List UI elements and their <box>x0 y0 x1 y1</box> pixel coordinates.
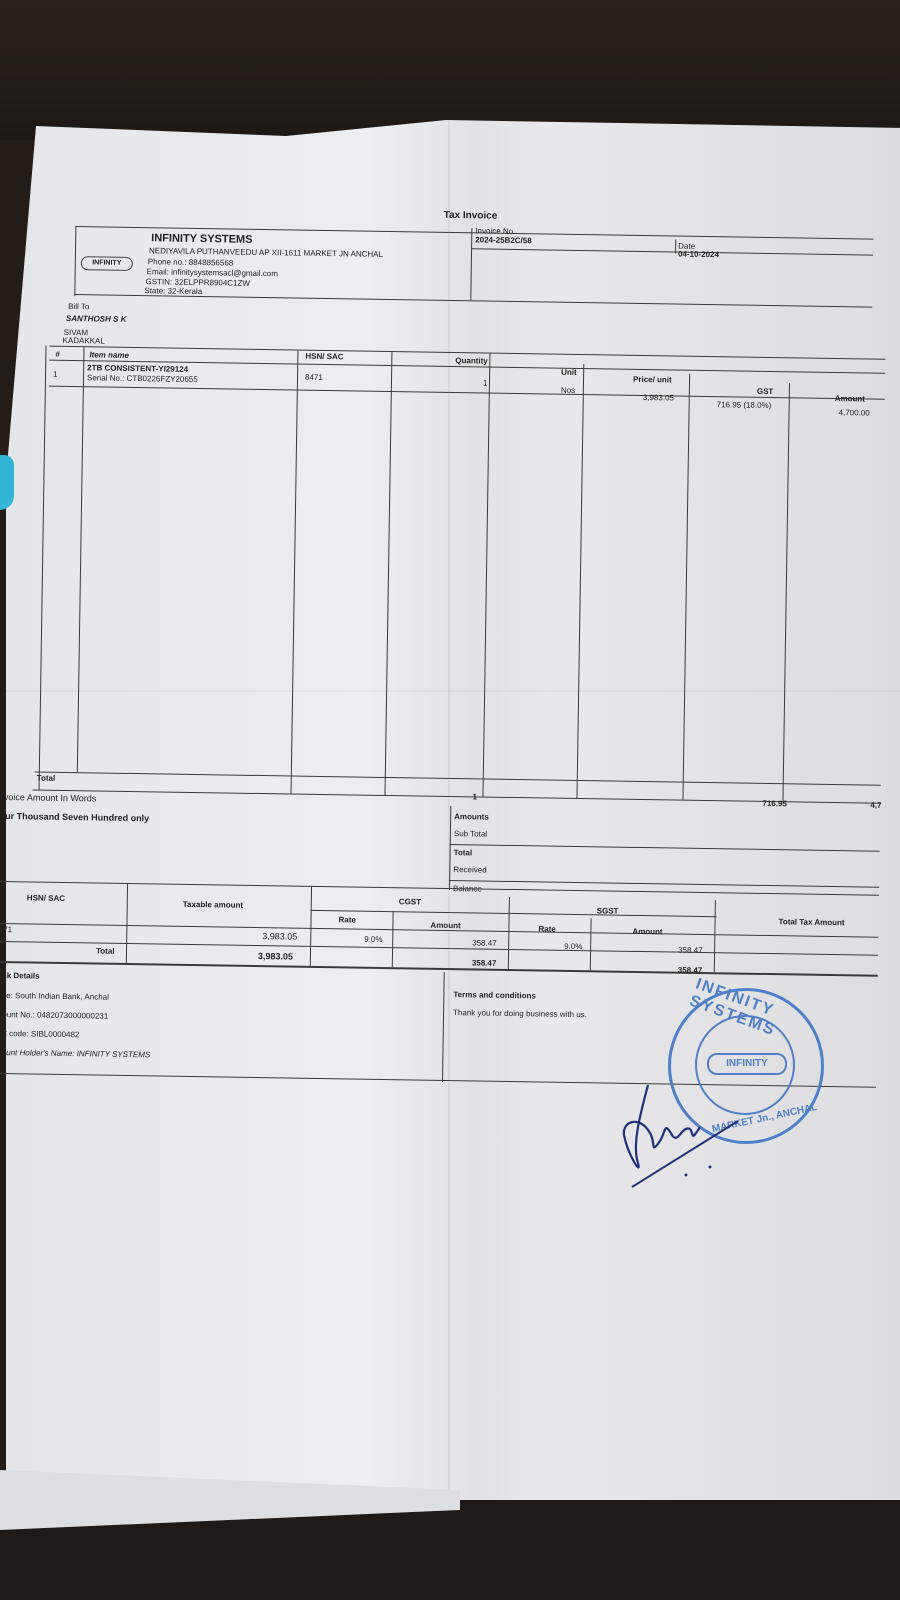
row-serial: Serial No.: CTB0226FZY20655 <box>87 373 198 384</box>
items-col-qty <box>385 351 393 795</box>
bank-account-number: Account No.: 0482073000000231 <box>0 1010 108 1021</box>
header-bottom-border <box>74 294 872 308</box>
header-divider <box>470 228 472 300</box>
row-amount: 4,700.00 <box>838 408 869 417</box>
bill-to-label: Bill To <box>68 302 89 311</box>
invoice-no: 2024-25B2C/58 <box>475 235 532 245</box>
tax-header-total: Total Tax Amount <box>778 917 844 927</box>
invoice-meta-divider <box>471 248 873 255</box>
items-col-index <box>39 346 47 790</box>
tax-header-sgst-amount: Amount <box>632 927 662 936</box>
tax-total-sgst: 358.47 <box>678 966 703 975</box>
items-header-price: Price/ unit <box>633 375 672 385</box>
tax-header-cgst-amount: Amount <box>430 921 460 930</box>
items-col-name <box>77 346 85 772</box>
tax-row-taxable: 3,983.05 <box>262 931 297 942</box>
amounts-divider-2 <box>449 880 879 888</box>
items-col-gst <box>682 374 690 800</box>
items-total-gst: 716.95 <box>762 799 787 808</box>
tax-row-cgst-rate: 9.0% <box>364 935 382 944</box>
tax-table-row-bottom <box>0 941 878 956</box>
document-title: Tax Invoice <box>444 210 498 222</box>
tax-header-sgst: SGST <box>597 906 619 915</box>
stamp-logo: INFINITY <box>707 1053 787 1075</box>
tax-header-sgst-rate: Rate <box>538 924 555 933</box>
amount-in-words-label: Invoice Amount In Words <box>0 792 96 804</box>
items-col-price <box>576 364 584 798</box>
row-item-name: 2TB CONSISTENT-YI29124 <box>87 363 188 374</box>
tax-table-top <box>0 881 879 896</box>
terms-text: Thank you for doing business with us. <box>453 1008 587 1019</box>
tax-table-sub-header <box>311 910 717 917</box>
row-quantity: 1 <box>483 378 488 387</box>
seller-name: INFINITY SYSTEMS <box>151 232 252 246</box>
tax-total-label: Total <box>96 946 115 955</box>
row-unit: Nos <box>561 386 575 395</box>
items-total-bottom <box>33 789 881 803</box>
items-total-label: Total <box>37 774 56 783</box>
total-label: Total <box>454 848 473 857</box>
tax-row-sgst-amount: 358.47 <box>678 946 703 955</box>
tax-col-total <box>714 900 716 972</box>
terms-left-border <box>442 972 445 1082</box>
items-header-name: Item name <box>89 350 129 360</box>
row-hsn: 8471 <box>305 373 323 382</box>
items-header-hsn: HSN/ SAC <box>305 352 343 362</box>
bill-to-name: SANTHOSH S K <box>66 314 127 324</box>
items-header-quantity: Quantity <box>455 356 488 366</box>
tax-col-sgst <box>508 897 510 969</box>
header-left-border <box>74 226 76 296</box>
items-total-amount: 4,7 <box>870 801 881 810</box>
amount-in-words: Four Thousand Seven Hundred only <box>0 811 149 823</box>
seller-state: State: 32-Kerala <box>144 286 202 296</box>
items-col-unit <box>482 353 490 797</box>
bank-details-label: Bank Details <box>0 971 40 981</box>
items-col-hsn <box>291 350 299 794</box>
tax-header-hsn: HSN/ SAC <box>27 893 65 903</box>
tax-total-cgst: 358.47 <box>472 958 497 967</box>
tax-row-sgst-rate: 9.0% <box>564 942 582 951</box>
tax-col-taxable <box>126 883 128 963</box>
terms-label: Terms and conditions <box>453 990 536 1000</box>
seller-logo: INFINITY <box>81 256 133 271</box>
tax-header-taxable: Taxable amount <box>183 900 243 910</box>
items-total-quantity: 1 <box>472 792 477 801</box>
items-col-amount <box>782 383 790 801</box>
sub-total-label: Sub Total <box>454 829 487 839</box>
invoice-document: Tax Invoice INFINITY INFINITY SYSTEMS NE… <box>0 0 900 1600</box>
invoice-date: 04-10-2024 <box>678 250 719 260</box>
row-gst: 716.95 (18.0%) <box>717 400 772 410</box>
bill-to-address-line2: KADAKKAL <box>63 336 105 346</box>
seller-phone: Phone no.: 8848856568 <box>148 257 234 267</box>
row-index: 1 <box>53 370 58 379</box>
tax-header-cgst: CGST <box>399 897 421 906</box>
bank-name: Name: South Indian Bank, Anchal <box>0 991 109 1002</box>
row-price-unit: 3,983.05 <box>643 393 674 402</box>
items-total-top <box>35 771 881 785</box>
tax-table-bottom <box>0 961 878 977</box>
bank-account-holder: Account Holder's Name: INFINITY SYSTEMS <box>0 1048 150 1060</box>
items-header-index: # <box>55 350 60 359</box>
tax-col-cgst-amount <box>392 911 394 967</box>
tax-header-cgst-rate: Rate <box>338 915 355 924</box>
items-header-gst: GST <box>757 387 774 396</box>
handwritten-signature <box>620 1085 760 1195</box>
tax-col-cgst <box>310 886 312 966</box>
tax-row-cgst-amount: 358.47 <box>472 938 497 947</box>
received-label: Received <box>453 865 486 875</box>
tax-row-hsn: 8471 <box>0 925 12 934</box>
tax-col-sgst-amount <box>590 918 592 970</box>
bank-ifsc: IFSC code: SIBL0000482 <box>0 1029 80 1039</box>
items-header-amount: Amount <box>835 394 865 403</box>
amounts-label: Amounts <box>454 812 489 822</box>
tax-total-taxable: 3,983.05 <box>258 951 293 962</box>
amounts-left-border <box>449 806 451 890</box>
amounts-divider <box>450 844 880 852</box>
items-header-unit: Unit <box>561 368 577 377</box>
